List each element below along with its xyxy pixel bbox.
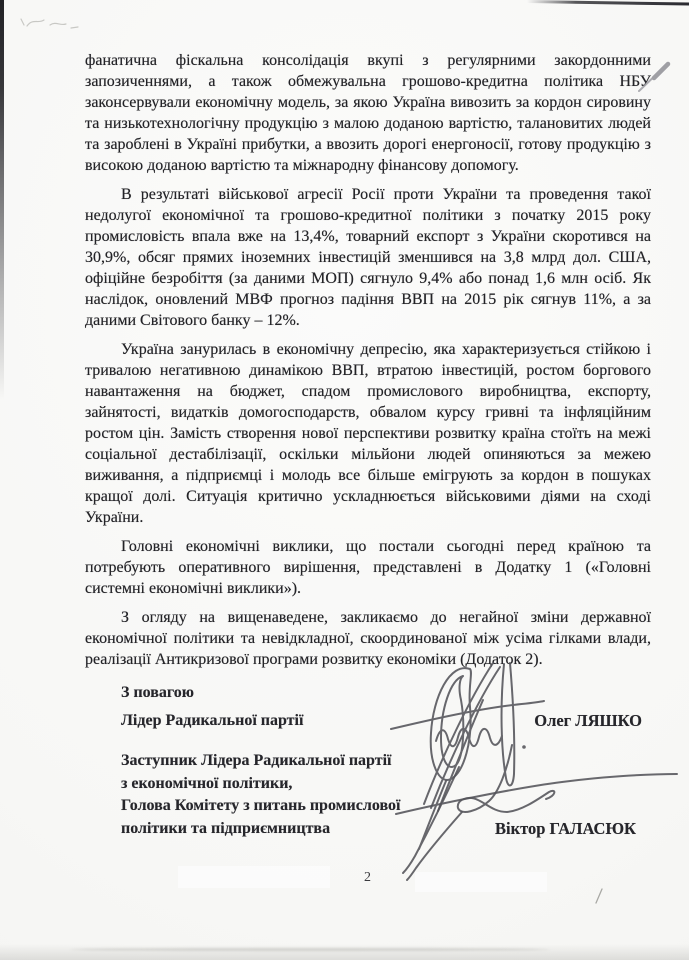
signatory-name-halasiuk: Віктор ГАЛАСЮК xyxy=(495,818,642,841)
paragraph-3: Україна занурилась в економічну депресію… xyxy=(85,339,651,528)
signatory-title-line: Голова Комітету з питань промислової xyxy=(121,795,400,818)
signatory-name-lyashko: Олег ЛЯШКО xyxy=(534,710,642,733)
slash-mark xyxy=(596,889,602,903)
closing-block: З повагою Лідер Радикальної партії Олег … xyxy=(85,682,642,840)
signatory-row-halasiuk: Заступник Лідера Радикальної партії з ек… xyxy=(121,750,642,840)
paragraph-5: З огляду на вищенаведене, закликаємо до … xyxy=(85,607,651,670)
signatory-title-halasiuk: Заступник Лідера Радикальної партії з ек… xyxy=(121,750,400,840)
salutation: З повагою xyxy=(121,682,642,705)
signatory-row-lyashko: Лідер Радикальної партії Олег ЛЯШКО xyxy=(121,710,642,733)
paragraph-1: фанатична фіскальна консолідація вкупі з… xyxy=(85,50,651,176)
paragraph-4: Головні економічні виклики, що постали с… xyxy=(85,536,651,599)
signatory-title-line: Заступник Лідера Радикальної партії xyxy=(121,750,400,773)
scan-top-right-line xyxy=(527,0,689,6)
page-number: 2 xyxy=(85,870,650,886)
scanned-document-page: фанатична фіскальна консолідація вкупі з… xyxy=(0,0,689,960)
signatory-title-line: політики та підприємництва xyxy=(121,818,400,841)
signatory-title-lyashko: Лідер Радикальної партії xyxy=(121,710,303,733)
scan-left-edge-strip xyxy=(0,0,4,400)
pencil-scribble xyxy=(21,19,78,28)
scan-bottom-shadow xyxy=(0,944,689,960)
paragraph-2: В результаті військової агресії Росії пр… xyxy=(85,184,651,331)
signatory-title-line: з економічної політики, xyxy=(121,773,400,796)
letter-body: фанатична фіскальна консолідація вкупі з… xyxy=(85,50,651,678)
